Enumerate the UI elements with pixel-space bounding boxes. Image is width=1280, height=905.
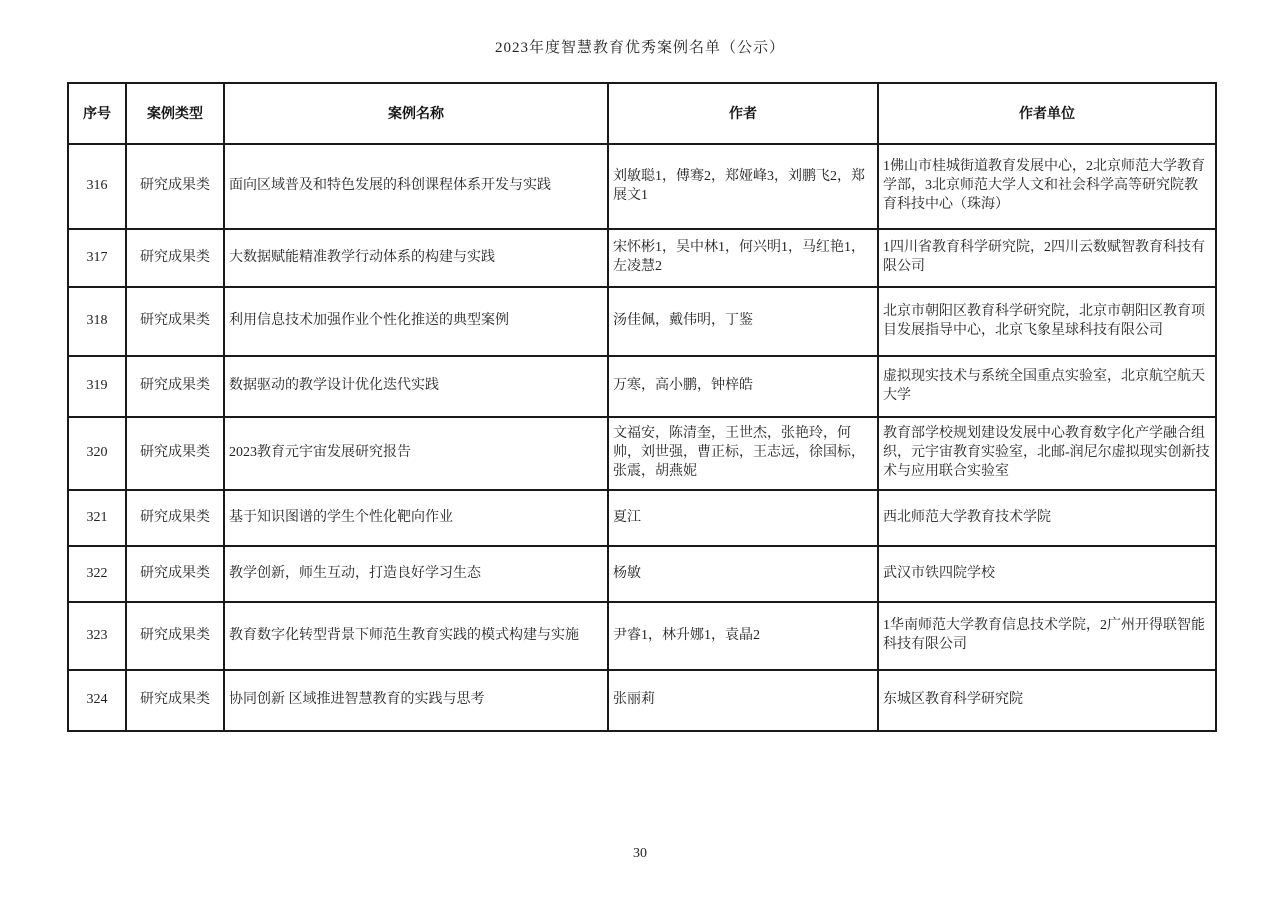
row-number-cell: 317 [68,229,126,287]
case-type-cell: 研究成果类 [126,546,224,602]
author-unit-cell: 1佛山市桂城街道教育发展中心，2北京师范大学教育学部，3北京师范大学人文和社会科… [878,144,1216,229]
case-name-cell: 大数据赋能精准教学行动体系的构建与实践 [224,229,608,287]
authors-cell: 夏江 [608,490,878,546]
authors-cell: 刘敏聪1，傅骞2，郑娅峰3，刘鹏飞2，郑展文1 [608,144,878,229]
header-author-unit: 作者单位 [878,83,1216,144]
row-number-cell: 321 [68,490,126,546]
row-number-cell: 323 [68,602,126,670]
row-number-cell: 316 [68,144,126,229]
table-row: 316 研究成果类 面向区域普及和特色发展的科创课程体系开发与实践 刘敏聪1，傅… [68,144,1216,229]
table-row: 319 研究成果类 数据驱动的教学设计优化迭代实践 万寒，高小鹏，钟梓皓 虚拟现… [68,356,1216,417]
case-name-cell: 教学创新，师生互动，打造良好学习生态 [224,546,608,602]
cases-table: 序号 案例类型 案例名称 作者 作者单位 316 研究成果类 面向区域普及和特色… [67,82,1217,732]
case-type-cell: 研究成果类 [126,287,224,356]
case-type-cell: 研究成果类 [126,229,224,287]
table-row: 317 研究成果类 大数据赋能精准教学行动体系的构建与实践 宋怀彬1，吴中林1，… [68,229,1216,287]
case-type-cell: 研究成果类 [126,144,224,229]
page-title: 2023年度智慧教育优秀案例名单（公示） [0,36,1280,57]
case-name-cell: 2023教育元宇宙发展研究报告 [224,417,608,490]
table-row: 323 研究成果类 教育数字化转型背景下师范生教育实践的模式构建与实施 尹睿1，… [68,602,1216,670]
authors-cell: 万寒，高小鹏，钟梓皓 [608,356,878,417]
author-unit-cell: 西北师范大学教育技术学院 [878,490,1216,546]
header-serial-number: 序号 [68,83,126,144]
case-name-cell: 利用信息技术加强作业个性化推送的典型案例 [224,287,608,356]
row-number-cell: 320 [68,417,126,490]
author-unit-cell: 武汉市铁四院学校 [878,546,1216,602]
case-name-cell: 教育数字化转型背景下师范生教育实践的模式构建与实施 [224,602,608,670]
row-number-cell: 324 [68,670,126,731]
authors-cell: 宋怀彬1，吴中林1，何兴明1，马红艳1，左凌慧2 [608,229,878,287]
table-row: 320 研究成果类 2023教育元宇宙发展研究报告 文福安，陈清奎，王世杰，张艳… [68,417,1216,490]
table-row: 322 研究成果类 教学创新，师生互动，打造良好学习生态 杨敏 武汉市铁四院学校 [68,546,1216,602]
case-name-cell: 数据驱动的教学设计优化迭代实践 [224,356,608,417]
authors-cell: 尹睿1，林升娜1，袁晶2 [608,602,878,670]
header-case-type: 案例类型 [126,83,224,144]
author-unit-cell: 教育部学校规划建设发展中心教育数字化产学融合组织，元宇宙教育实验室，北邮-润尼尔… [878,417,1216,490]
case-type-cell: 研究成果类 [126,356,224,417]
row-number-cell: 319 [68,356,126,417]
case-name-cell: 基于知识图谱的学生个性化靶向作业 [224,490,608,546]
case-name-cell: 面向区域普及和特色发展的科创课程体系开发与实践 [224,144,608,229]
authors-cell: 汤佳佩，戴伟明，丁鉴 [608,287,878,356]
case-type-cell: 研究成果类 [126,670,224,731]
authors-cell: 杨敏 [608,546,878,602]
row-number-cell: 318 [68,287,126,356]
case-name-cell: 协同创新 区域推进智慧教育的实践与思考 [224,670,608,731]
row-number-cell: 322 [68,546,126,602]
case-type-cell: 研究成果类 [126,490,224,546]
document-page: 2023年度智慧教育优秀案例名单（公示） 序号 案例类型 案例名称 作者 作者单… [0,0,1280,905]
table-row: 321 研究成果类 基于知识图谱的学生个性化靶向作业 夏江 西北师范大学教育技术… [68,490,1216,546]
authors-cell: 文福安，陈清奎，王世杰，张艳玲，何帅，刘世强，曹正标，王志远，徐国标，张震，胡燕… [608,417,878,490]
author-unit-cell: 1华南师范大学教育信息技术学院，2广州开得联智能科技有限公司 [878,602,1216,670]
case-type-cell: 研究成果类 [126,602,224,670]
authors-cell: 张丽莉 [608,670,878,731]
table-row: 318 研究成果类 利用信息技术加强作业个性化推送的典型案例 汤佳佩，戴伟明，丁… [68,287,1216,356]
header-authors: 作者 [608,83,878,144]
author-unit-cell: 东城区教育科学研究院 [878,670,1216,731]
author-unit-cell: 虚拟现实技术与系统全国重点实验室，北京航空航天大学 [878,356,1216,417]
table-header-row: 序号 案例类型 案例名称 作者 作者单位 [68,83,1216,144]
header-case-name: 案例名称 [224,83,608,144]
case-type-cell: 研究成果类 [126,417,224,490]
author-unit-cell: 1四川省教育科学研究院，2四川云数赋智教育科技有限公司 [878,229,1216,287]
author-unit-cell: 北京市朝阳区教育科学研究院，北京市朝阳区教育项目发展指导中心，北京飞象星球科技有… [878,287,1216,356]
page-number: 30 [0,846,1280,862]
table-row: 324 研究成果类 协同创新 区域推进智慧教育的实践与思考 张丽莉 东城区教育科… [68,670,1216,731]
